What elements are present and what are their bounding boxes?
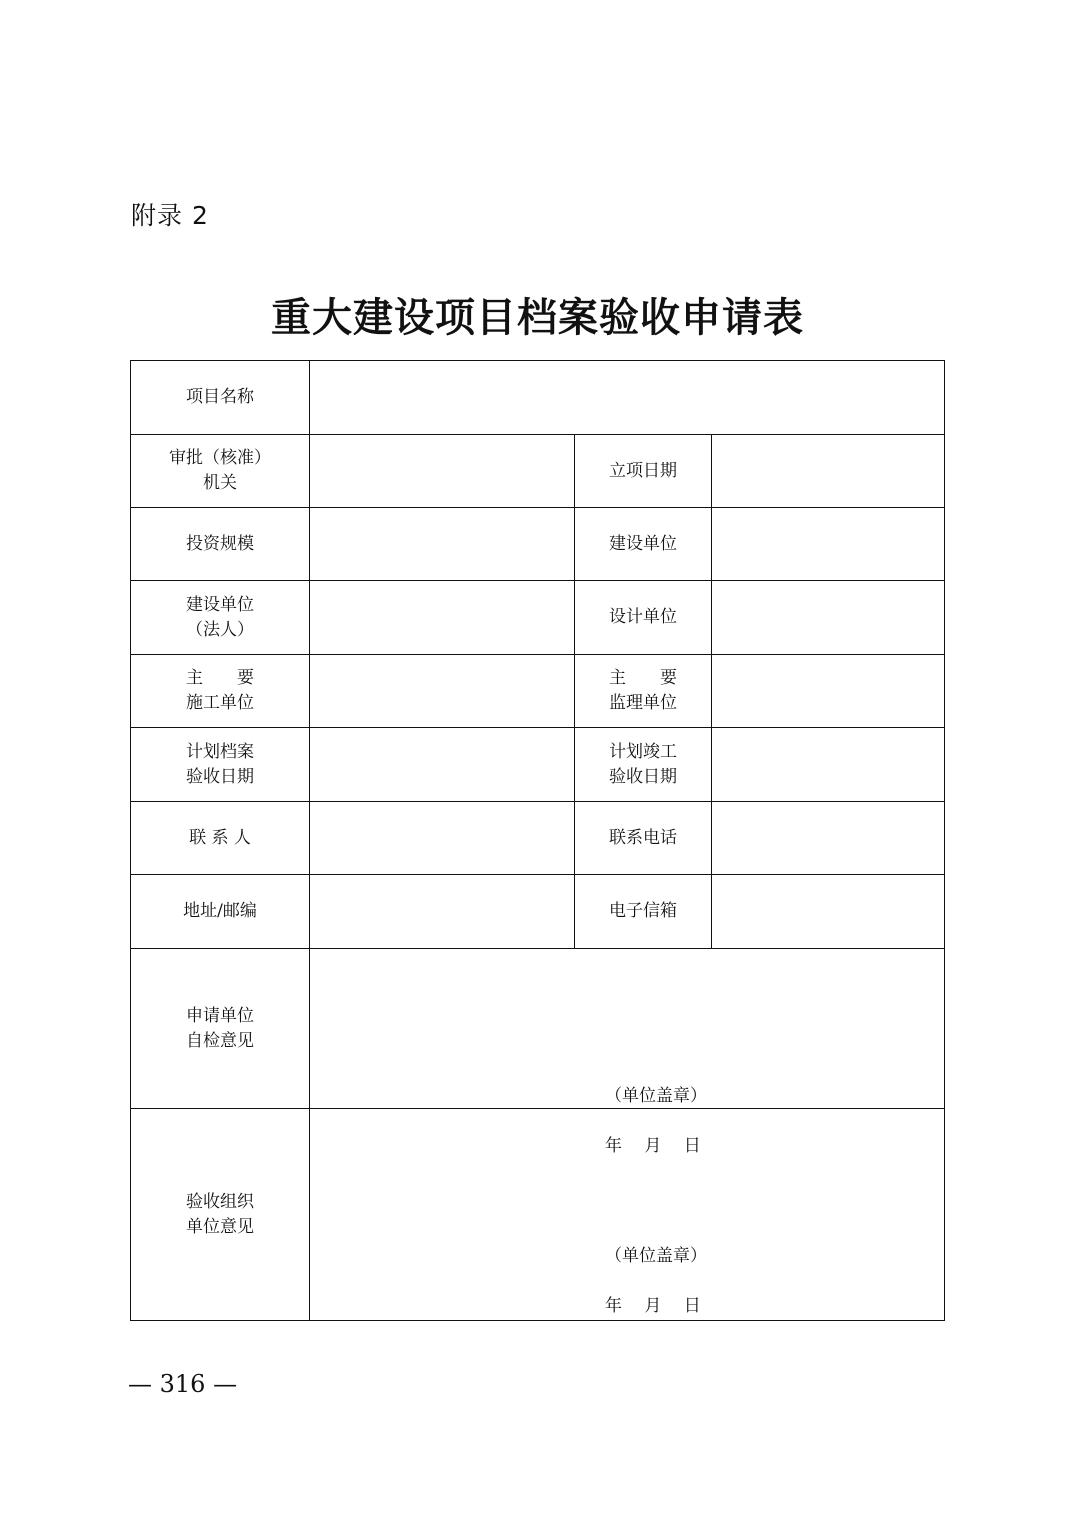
table-row: 投资规模 建设单位 — [131, 508, 945, 581]
archive-acceptance-date-label: 计划档案 验收日期 — [131, 728, 310, 802]
main-contractor-label: 主 要 施工单位 — [131, 655, 310, 728]
date-line: 年 月 日 — [605, 1294, 707, 1319]
design-unit-label: 设计单位 — [575, 581, 712, 655]
email-label: 电子信箱 — [575, 875, 712, 949]
main-contractor-field[interactable] — [310, 655, 575, 728]
table-row: 主 要 施工单位 主 要 监理单位 — [131, 655, 945, 728]
contact-phone-field[interactable] — [712, 802, 945, 875]
table-row: 审批（核准） 机关 立项日期 — [131, 435, 945, 508]
acceptance-org-opinion-label: 验收组织 单位意见 — [131, 1109, 310, 1321]
table-row: 项目名称 — [131, 361, 945, 435]
legal-person-label: 建设单位 （法人） — [131, 581, 310, 655]
contact-person-label: 联 系 人 — [131, 802, 310, 875]
page-number: — 316 — — [128, 1370, 237, 1398]
contact-person-field[interactable] — [310, 802, 575, 875]
stamp-note: （单位盖章） — [605, 1084, 707, 1109]
investment-scale-field[interactable] — [310, 508, 575, 581]
project-name-label: 项目名称 — [131, 361, 310, 435]
address-zip-field[interactable] — [310, 875, 575, 949]
acceptance-org-opinion-field[interactable]: （单位盖章） 年 月 日 — [310, 1109, 945, 1321]
archive-acceptance-date-field[interactable] — [310, 728, 575, 802]
main-supervisor-field[interactable] — [712, 655, 945, 728]
completion-acceptance-date-field[interactable] — [712, 728, 945, 802]
project-name-field[interactable] — [310, 361, 945, 435]
legal-person-field[interactable] — [310, 581, 575, 655]
address-zip-label: 地址/邮编 — [131, 875, 310, 949]
application-form-table: 项目名称 审批（核准） 机关 立项日期 投资规模 建设单位 建设单位 （法人） … — [130, 360, 945, 1321]
stamp-note: （单位盖章） — [605, 1244, 707, 1269]
table-row: 申请单位 自检意见 （单位盖章） 年 月 日 — [131, 949, 945, 1109]
table-row: 联 系 人 联系电话 — [131, 802, 945, 875]
design-unit-field[interactable] — [712, 581, 945, 655]
table-row: 地址/邮编 电子信箱 — [131, 875, 945, 949]
contact-phone-label: 联系电话 — [575, 802, 712, 875]
main-supervisor-label: 主 要 监理单位 — [575, 655, 712, 728]
table-row: 建设单位 （法人） 设计单位 — [131, 581, 945, 655]
approval-authority-label: 审批（核准） 机关 — [131, 435, 310, 508]
appendix-label: 附录 2 — [131, 196, 209, 232]
table-row: 计划档案 验收日期 计划竣工 验收日期 — [131, 728, 945, 802]
page-title: 重大建设项目档案验收申请表 — [0, 286, 1075, 343]
project-date-field[interactable] — [712, 435, 945, 508]
email-field[interactable] — [712, 875, 945, 949]
investment-scale-label: 投资规模 — [131, 508, 310, 581]
project-date-label: 立项日期 — [575, 435, 712, 508]
table-row: 验收组织 单位意见 （单位盖章） 年 月 日 — [131, 1109, 945, 1321]
completion-acceptance-date-label: 计划竣工 验收日期 — [575, 728, 712, 802]
construction-unit-field[interactable] — [712, 508, 945, 581]
approval-authority-field[interactable] — [310, 435, 575, 508]
construction-unit-label: 建设单位 — [575, 508, 712, 581]
self-check-opinion-label: 申请单位 自检意见 — [131, 949, 310, 1109]
acceptance-org-stamp-block: （单位盖章） 年 月 日 — [605, 1219, 707, 1344]
self-check-opinion-field[interactable]: （单位盖章） 年 月 日 — [310, 949, 945, 1109]
